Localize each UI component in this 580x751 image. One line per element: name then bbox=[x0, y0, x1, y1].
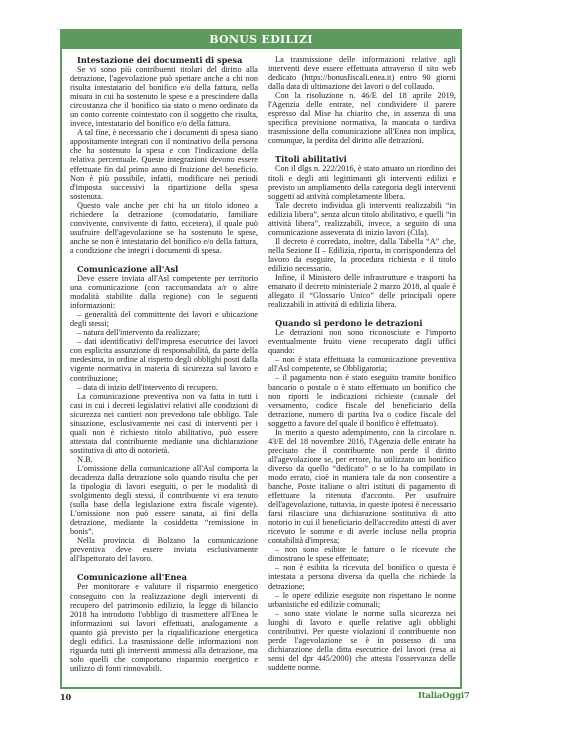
paragraph: Con la risoluzione n. 46/E del 18 aprile… bbox=[268, 91, 456, 145]
section-banner: BONUS EDILIZI bbox=[62, 31, 460, 49]
paragraph: Tale decreto individua gli interventi re… bbox=[268, 201, 456, 237]
paragraph: Infine, il Ministero delle infrastruttur… bbox=[268, 273, 456, 309]
heading-intestazione: Intestazione dei documenti di spesa bbox=[70, 55, 258, 65]
paragraph: A tal fine, è necessario che i documenti… bbox=[70, 128, 258, 200]
list-item: – natura dell'intervento da realizzare; bbox=[70, 328, 258, 337]
list-item: – il pagamento non è stato eseguito tram… bbox=[268, 373, 456, 427]
heading-asl: Comunicazione all'Asl bbox=[70, 264, 258, 274]
right-column: La trasmissione delle informazioni relat… bbox=[268, 55, 456, 672]
paragraph: Deve essere inviata all'Asl competente p… bbox=[70, 274, 258, 310]
paragraph: Se vi sono più contribuenti titolari del… bbox=[70, 65, 258, 128]
article-frame: BONUS EDILIZI Intestazione dei documenti… bbox=[60, 29, 462, 689]
paragraph: Il decreto è corredato, inoltre, dalla T… bbox=[268, 237, 456, 273]
spacer bbox=[70, 563, 258, 572]
note-label: N.B. bbox=[70, 455, 258, 464]
page-number: 10 bbox=[60, 692, 71, 702]
list-item: – generalità del committente dei lavori … bbox=[70, 310, 258, 328]
list-item: – non è esibita la ricevuta del bonifico… bbox=[268, 563, 456, 590]
spacer bbox=[70, 255, 258, 264]
paragraph: Nella provincia di Bolzano la comunicazi… bbox=[70, 536, 258, 563]
list-item: – non è stata effettuata la comunicazion… bbox=[268, 355, 456, 373]
brand-logo: ItaliaOggi7 bbox=[418, 691, 470, 701]
list-item: – data di inizio dell'intervento di recu… bbox=[70, 383, 258, 392]
heading-titoli: Titoli abilitativi bbox=[268, 154, 456, 164]
list-item: – sono state violate le norme sulla sicu… bbox=[268, 609, 456, 672]
list-item: – dati identificativi dell'impresa esecu… bbox=[70, 337, 258, 382]
paragraph: Con il dlgs n. 222/2016, è stato attuato… bbox=[268, 164, 456, 200]
paragraph: In merito a questo adempimento, con la c… bbox=[268, 428, 456, 546]
paragraph: Per monitorare e valutare il risparmio e… bbox=[70, 582, 258, 672]
left-column: Intestazione dei documenti di spesa Se v… bbox=[70, 55, 258, 673]
paragraph: L'omissione della comunicazione all'Asl … bbox=[70, 464, 258, 536]
spacer bbox=[268, 145, 456, 154]
heading-enea: Comunicazione all'Enea bbox=[70, 572, 258, 582]
spacer bbox=[268, 309, 456, 318]
paragraph: La comunicazione preventiva non va fatta… bbox=[70, 392, 258, 455]
paragraph: Questo vale anche per chi ha un titolo i… bbox=[70, 201, 258, 255]
paragraph: Le detrazioni non sono riconosciute e l'… bbox=[268, 328, 456, 355]
heading-detrazioni: Quando si perdono le detrazioni bbox=[268, 318, 456, 328]
list-item: – non sono esibite le fatture o le ricev… bbox=[268, 545, 456, 563]
paragraph: La trasmissione delle informazioni relat… bbox=[268, 55, 456, 91]
list-item: – le opere edilizie eseguite non rispett… bbox=[268, 591, 456, 609]
